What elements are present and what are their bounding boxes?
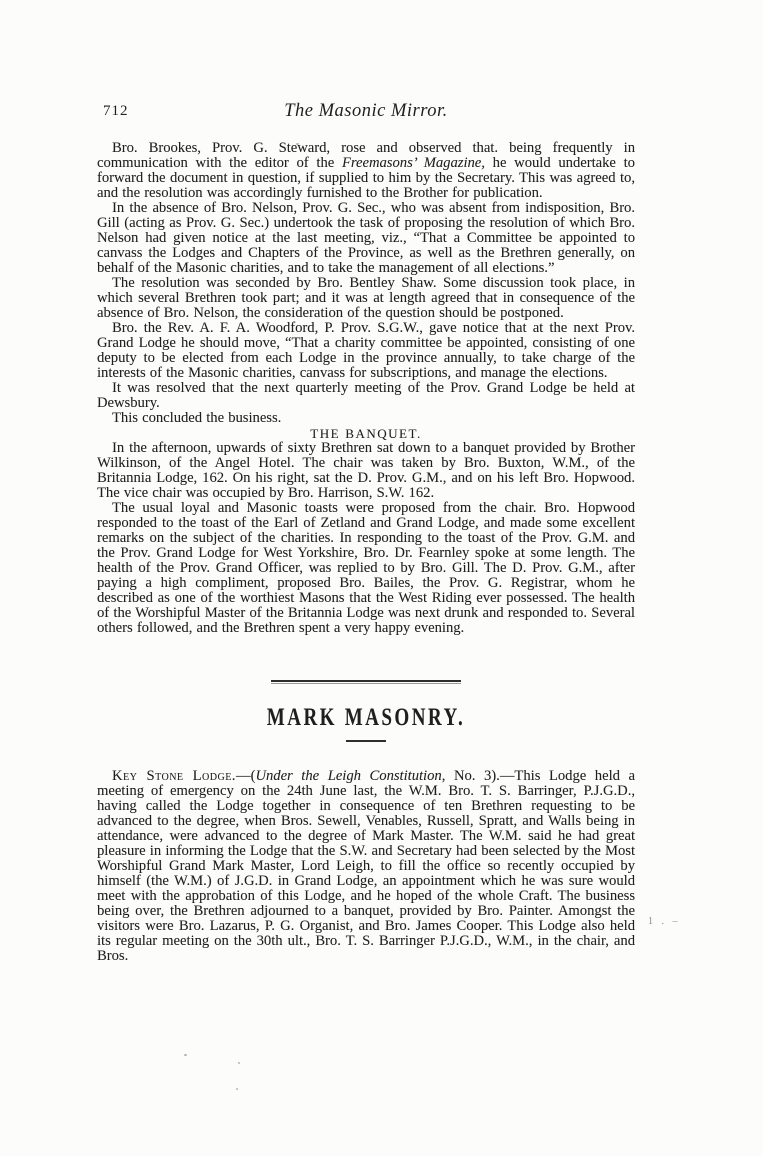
scan-speck: [296, 143, 299, 145]
paragraph-woodford-notice: Bro. the Rev. A. F. A. Woodford, P. Prov…: [97, 321, 635, 381]
section-divider-rule: [271, 680, 461, 684]
scanned-page: 712 The Masonic Mirror. Bro. Brookes, Pr…: [0, 0, 763, 1156]
key-stone-dash: —(: [236, 768, 255, 784]
page-number: 712: [103, 103, 129, 120]
scan-artifact-mark: 1 . –: [648, 916, 681, 927]
paragraph-brookes: Bro. Brookes, Prov. G. Steward, rose and…: [97, 141, 635, 201]
paragraph-banquet-chairs: In the afternoon, upwards of sixty Breth…: [97, 441, 635, 501]
freemasons-magazine-italic: Freemasons’ Magazine,: [342, 155, 485, 171]
paragraph-key-stone-lodge: Key Stone Lodge.—(Under the Leigh Consti…: [97, 769, 635, 964]
journal-title: The Masonic Mirror.: [97, 101, 635, 122]
paragraph-banquet-toasts: The usual loyal and Masonic toasts were …: [97, 501, 635, 636]
article-body: Bro. Brookes, Prov. G. Steward, rose and…: [97, 141, 635, 964]
heading-underline-rule: [346, 740, 386, 742]
key-stone-body: This Lodge held a meeting of emergency o…: [97, 768, 635, 964]
banquet-heading: THE BANQUET.: [97, 426, 635, 441]
leigh-constitution-italic: Under the Leigh Constitution: [255, 768, 441, 784]
key-stone-after-italic: , No. 3).—: [442, 768, 515, 784]
mark-masonry-heading: MARK MASONRY.: [97, 707, 635, 727]
text-block: 712 The Masonic Mirror. Bro. Brookes, Pr…: [97, 0, 635, 964]
scan-speck: [236, 1088, 238, 1090]
page-header: 712 The Masonic Mirror.: [97, 101, 635, 123]
scan-speck: [238, 1062, 240, 1064]
paragraph-concluded: This concluded the business.: [97, 411, 635, 426]
paragraph-bentley-shaw: The resolution was seconded by Bro. Bent…: [97, 276, 635, 321]
paragraph-gill-resolution: In the absence of Bro. Nelson, Prov. G. …: [97, 201, 635, 276]
lodge-name-smallcaps: Key Stone Lodge.: [112, 768, 236, 784]
scan-speck: [184, 1054, 187, 1056]
paragraph-dewsbury: It was resolved that the next quarterly …: [97, 381, 635, 411]
